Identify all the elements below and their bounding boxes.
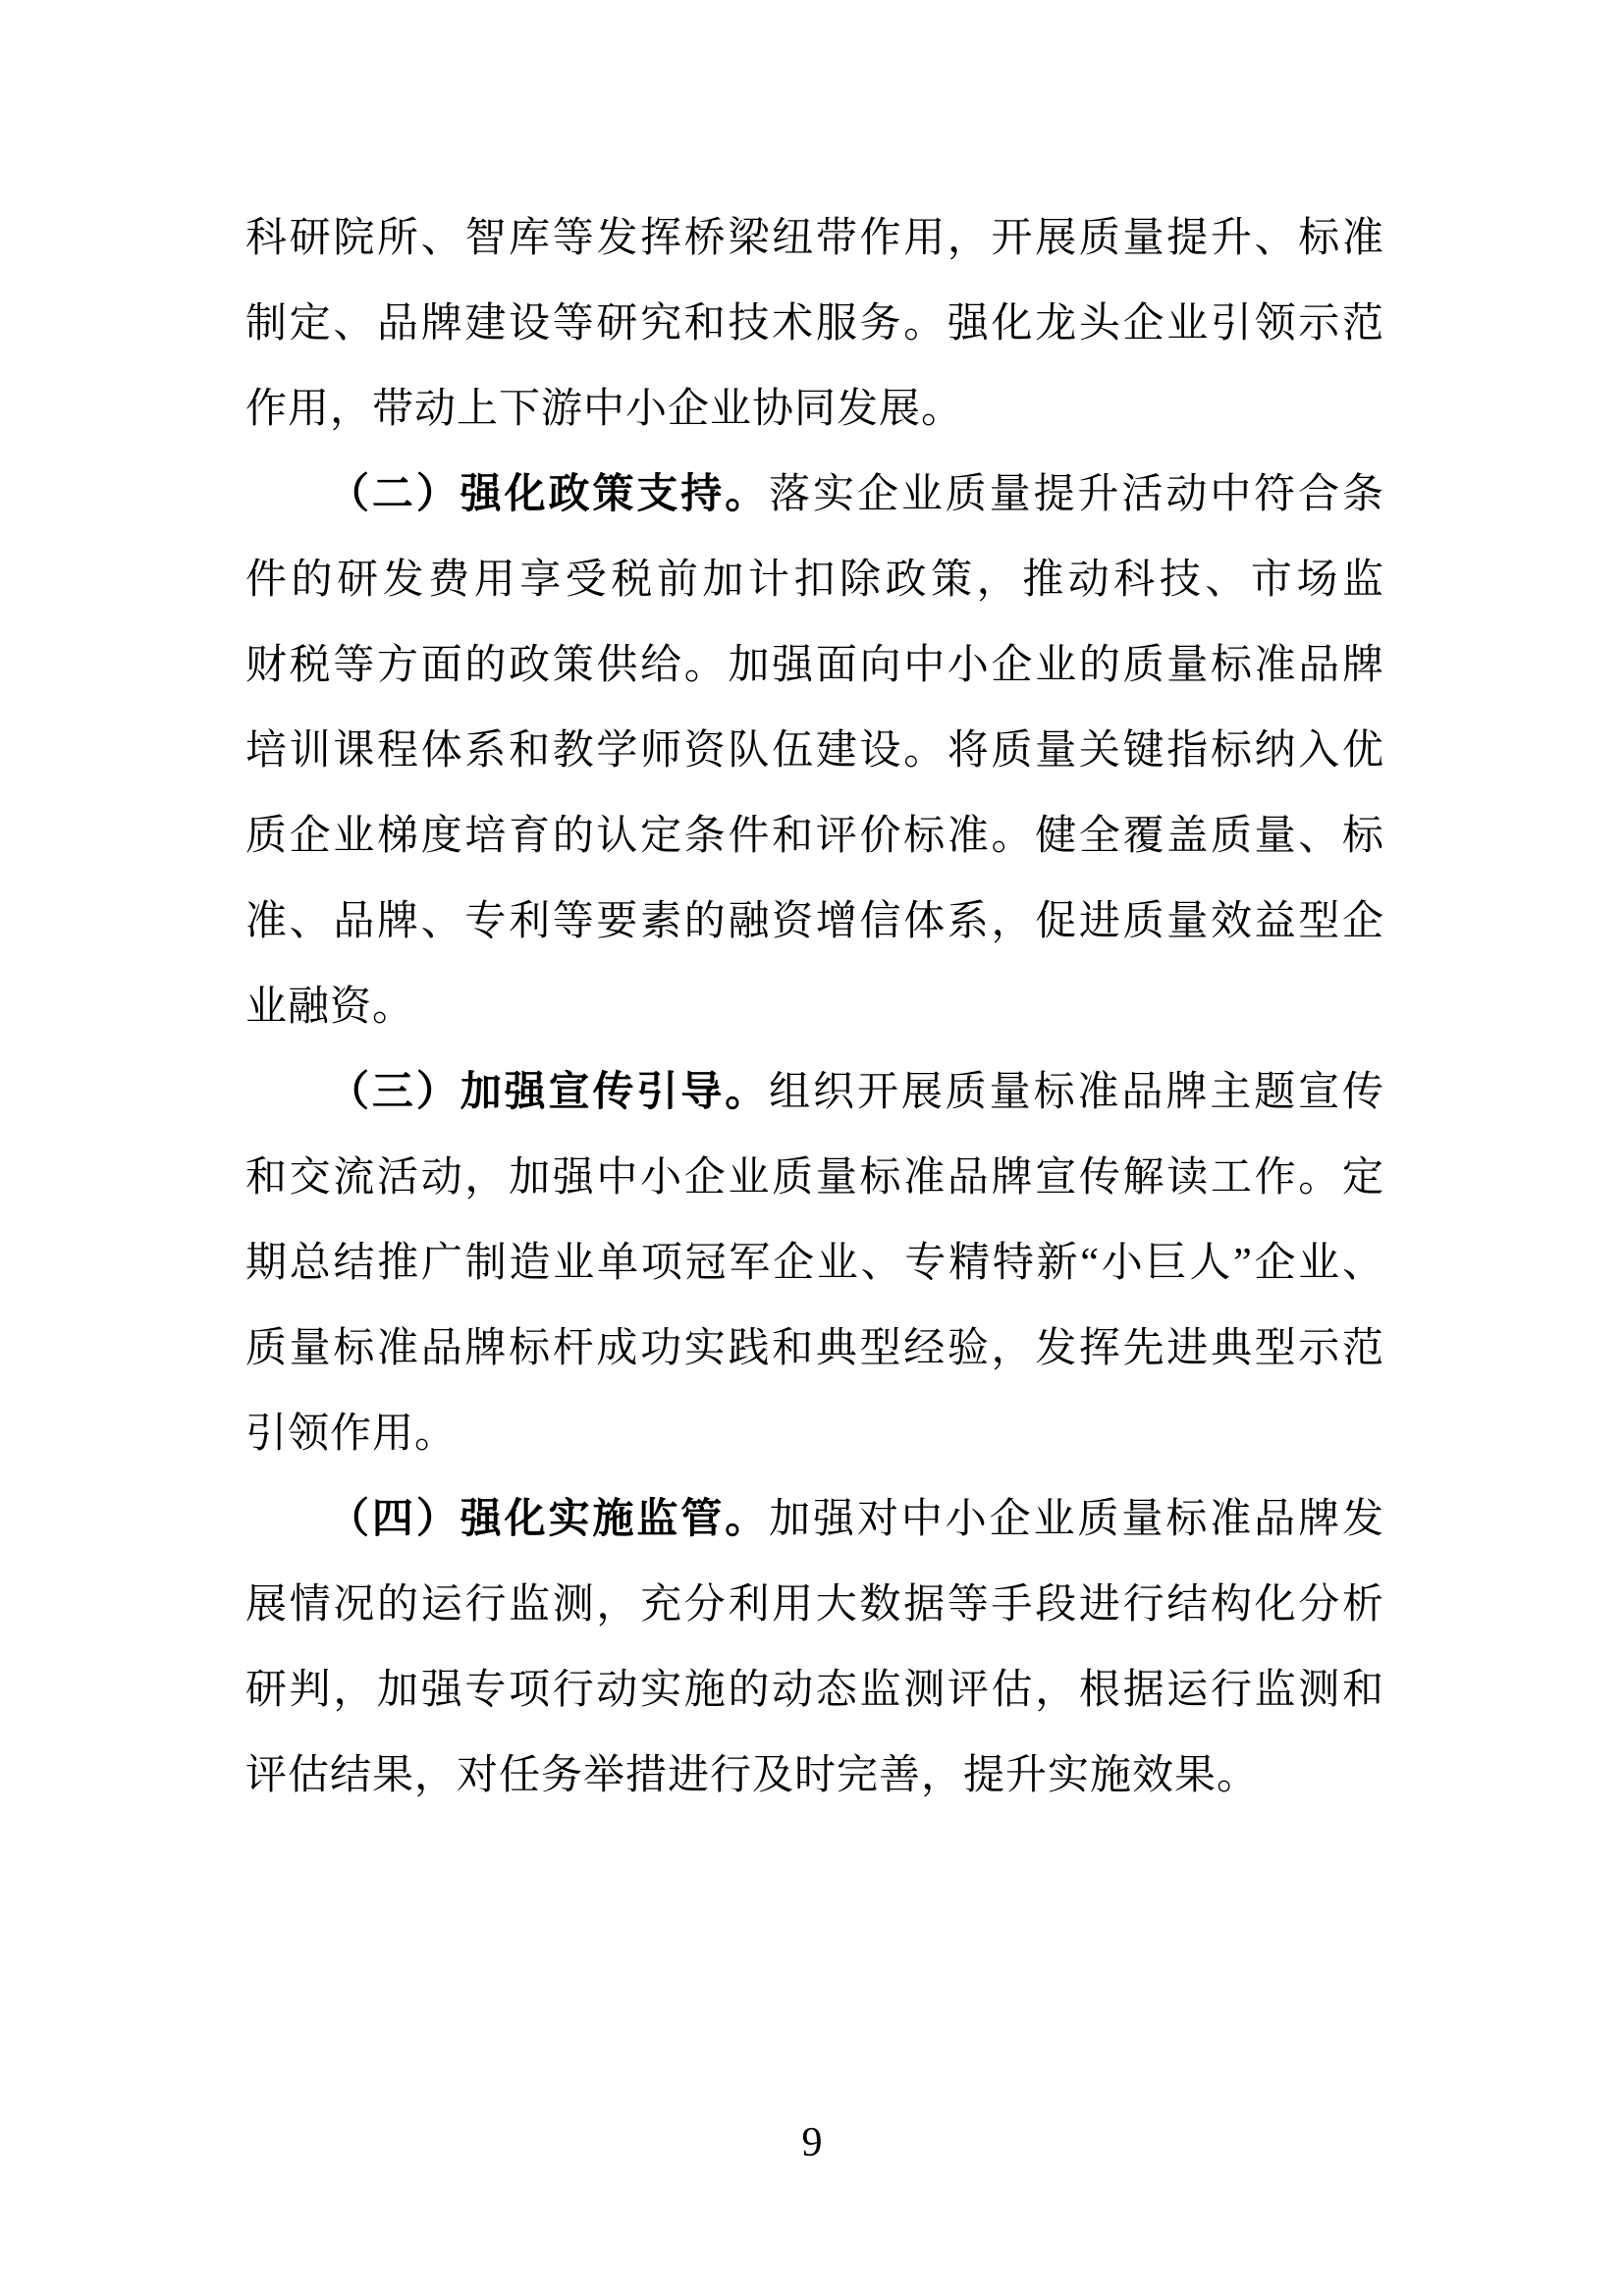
section-heading-text: （四）强化实施监管。 — [328, 1497, 769, 1542]
body-text: 展情况的运行监测，充分利用大数据等手段进行结构化分析 — [245, 1582, 1384, 1628]
body-text: 业融资。 — [245, 985, 414, 1030]
text-line: 业融资。 — [245, 965, 1384, 1050]
body-text: 制定、品牌建设等研究和技术服务。强化龙头企业引领示范 — [245, 301, 1384, 347]
text-line: 引领作用。 — [245, 1392, 1384, 1477]
text-line: 科研院所、智库等发挥桥梁纽带作用，开展质量提升、标准 — [245, 196, 1384, 282]
body-text: 准、品牌、专利等要素的融资增信体系，促进质量效益型企 — [245, 899, 1384, 944]
text-line: 准、品牌、专利等要素的融资增信体系，促进质量效益型企 — [245, 880, 1384, 965]
body-text: 评估结果，对任务举措进行及时完善，提升实施效果。 — [245, 1753, 1259, 1798]
text-line: 研判，加强专项行动实施的动态监测评估，根据运行监测和 — [245, 1648, 1384, 1734]
text-line: 件的研发费用享受税前加计扣除政策，推动科技、市场监管、 — [245, 538, 1384, 623]
text-line: 和交流活动，加强中小企业质量标准品牌宣传解读工作。定 — [245, 1136, 1384, 1221]
section-heading-text: （三）加强宣传引导。 — [328, 1070, 769, 1115]
text-line: 财税等方面的政策供给。加强面向中小企业的质量标准品牌 — [245, 623, 1384, 709]
body-text: 研判，加强专项行动实施的动态监测评估，根据运行监测和 — [245, 1668, 1384, 1713]
body-text: 期总结推广制造业单项冠军企业、专精特新“小巨人”企业、 — [245, 1241, 1384, 1286]
body-text: 引领作用。 — [245, 1412, 457, 1457]
text-block: 科研院所、智库等发挥桥梁纽带作用，开展质量提升、标准制定、品牌建设等研究和技术服… — [245, 196, 1384, 1819]
text-line: 质量标准品牌标杆成功实践和典型经验，发挥先进典型示范 — [245, 1307, 1384, 1392]
section-heading-text: （二）强化政策支持。 — [328, 472, 769, 517]
text-line: 展情况的运行监测，充分利用大数据等手段进行结构化分析 — [245, 1563, 1384, 1648]
body-text: 和交流活动，加强中小企业质量标准品牌宣传解读工作。定 — [245, 1155, 1384, 1201]
text-line: （三）加强宣传引导。组织开展质量标准品牌主题宣传 — [245, 1050, 1384, 1136]
body-text: 质量标准品牌标杆成功实践和典型经验，发挥先进典型示范 — [245, 1326, 1384, 1371]
body-text: 组织开展质量标准品牌主题宣传 — [769, 1070, 1384, 1115]
body-text: 科研院所、智库等发挥桥梁纽带作用，开展质量提升、标准 — [245, 216, 1384, 261]
body-text: 财税等方面的政策供给。加强面向中小企业的质量标准品牌 — [245, 643, 1384, 688]
text-line: 制定、品牌建设等研究和技术服务。强化龙头企业引领示范 — [245, 282, 1384, 367]
body-text: 培训课程体系和教学师资队伍建设。将质量关键指标纳入优 — [245, 728, 1384, 774]
body-text: 作用，带动上下游中小企业协同发展。 — [245, 387, 963, 432]
document-page: 科研院所、智库等发挥桥梁纽带作用，开展质量提升、标准制定、品牌建设等研究和技术服… — [0, 0, 1624, 2296]
body-text: 加强对中小企业质量标准品牌发 — [769, 1497, 1384, 1542]
text-line: （二）强化政策支持。落实企业质量提升活动中符合条 — [245, 453, 1384, 538]
text-line: 期总结推广制造业单项冠军企业、专精特新“小巨人”企业、 — [245, 1221, 1384, 1307]
text-line: 作用，带动上下游中小企业协同发展。 — [245, 367, 1384, 453]
text-line: （四）强化实施监管。加强对中小企业质量标准品牌发 — [245, 1477, 1384, 1563]
body-text: 件的研发费用享受税前加计扣除政策，推动科技、市场监管、 — [245, 558, 1384, 623]
page-number: 9 — [0, 2118, 1624, 2167]
text-line: 培训课程体系和教学师资队伍建设。将质量关键指标纳入优 — [245, 709, 1384, 794]
text-line: 质企业梯度培育的认定条件和评价标准。健全覆盖质量、标 — [245, 794, 1384, 880]
body-text: 质企业梯度培育的认定条件和评价标准。健全覆盖质量、标 — [245, 814, 1384, 859]
body-text: 落实企业质量提升活动中符合条 — [769, 472, 1384, 517]
text-line: 评估结果，对任务举措进行及时完善，提升实施效果。 — [245, 1734, 1384, 1819]
